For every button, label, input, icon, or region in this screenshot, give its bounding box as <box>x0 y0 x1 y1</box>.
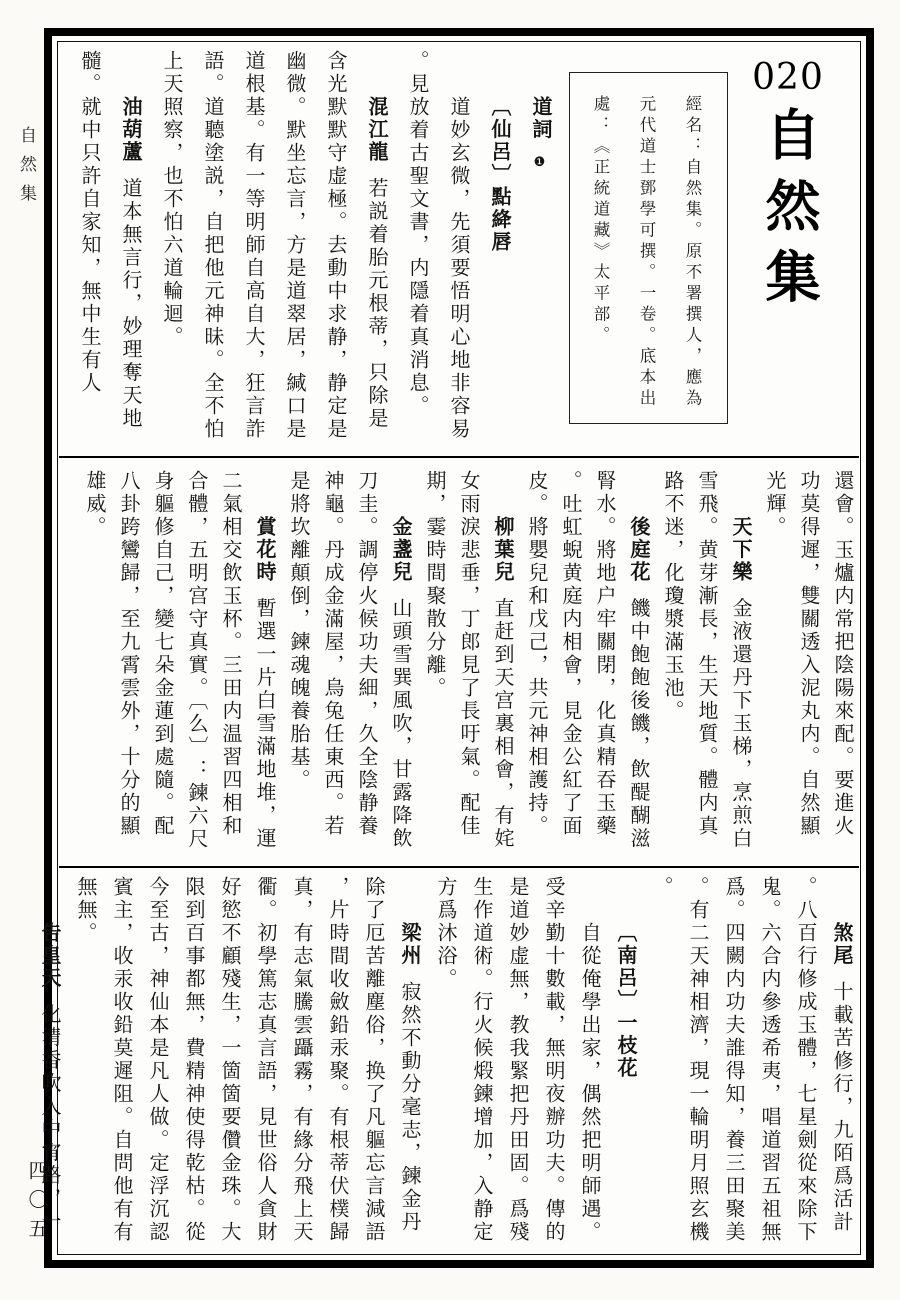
verse-paragraph: 還會。玉爐内常把陰陽來配。要進火功莫得遲，雙關透入泥丸内。自然顯光輝。 <box>757 470 859 860</box>
verse-paragraph: 柳葉兒直赶到天宫裏相會，有姹女雨淚悲垂，丁郎見了長吁氣。配佳期，霎時間聚散分離。 <box>417 470 519 860</box>
colophon-box: 經名：自然集。原不署撰人，應為元代道士鄧學可撰。一卷。底本出處：《正統道藏》太平… <box>569 72 728 424</box>
work-number: 020 <box>729 60 847 96</box>
verse-paragraph: 煞尾十載苦修行，九陌爲活計。八百行修成玉體，七星劍從來除下鬼。六合内參透希夷，唱… <box>643 876 859 1248</box>
tune-title: 後庭花 <box>627 516 649 584</box>
text-flow-middle: 還會。玉爐内常把陰陽來配。要進火功莫得遲，雙關透入泥丸内。自然顯光輝。天下樂金液… <box>67 470 859 860</box>
tune-title: 梁州 <box>398 922 420 967</box>
tune-title: 〔南呂〕一枝花 <box>614 922 636 1080</box>
text-flow-bottom: 煞尾十載苦修行，九陌爲活計。八百行修成玉體，七星劍從來除下鬼。六合内參透希夷，唱… <box>67 876 859 1248</box>
verse-paragraph: 油葫蘆道本無言行，妙理奪天地髓。就中只許自家知，無中生有人 <box>68 50 150 446</box>
tune-title: 煞尾 <box>830 922 852 967</box>
tune-title: 〔仙呂〕點絳唇 <box>488 96 510 254</box>
inner-border: 020 自然集 經名：自然集。原不署撰人，應為元代道士鄧學可撰。一卷。底本出處：… <box>57 41 861 1255</box>
tune-title: 告皇天 <box>38 922 60 990</box>
verse-paragraph: 混江龍若説着胎元根蒂，只除是含光默默守虚極。去動中求静，静定是幽微。默坐忘言，方… <box>150 50 396 446</box>
verse-paragraph: 告皇天化清香吹入中宵路，一 <box>31 876 67 1248</box>
tune-title: 道詞 <box>529 96 551 141</box>
footnote-marker: ❶ <box>533 155 548 170</box>
verse-paragraph: 金盞兒山頭雪巽風吹，甘露降飲刀圭。調停火候功夫細，久全陰静養神龜。丹成金滿屋，烏… <box>281 470 417 860</box>
verse-paragraph: 賞花時暫選一片白雪滿地堆，運二氣相交飲玉杯。三田内温習四相和合體，五明宫守真實。… <box>77 470 281 860</box>
verse-paragraph: 梁州寂然不動分毫志，鍊金丹除了厄苦離塵俗，换了凡軀忘言減語，片時間收斂鉛汞聚。有… <box>67 876 427 1248</box>
tune-title: 油葫蘆 <box>119 96 141 164</box>
text-flow-top: 道詞❶〔仙呂〕點絳唇道妙玄微，先須要悟明心地非容易。見放着古聖文書，内隱着真消息… <box>67 50 561 446</box>
tune-title: 柳葉兒 <box>491 516 513 584</box>
tune-heading: 〔南呂〕一枝花 <box>607 876 643 1248</box>
verse-paragraph: 道妙玄微，先須要悟明心地非容易。見放着古聖文書，内隱着真消息。 <box>396 50 478 446</box>
register-top: 020 自然集 經名：自然集。原不署撰人，應為元代道士鄧學可撰。一卷。底本出處：… <box>59 42 859 456</box>
verse-paragraph: 後庭花饑中飽飽後饑，飲醍醐滋腎水。將地户牢關閉，化真精吞玉藥。吐虹蜺黄庭内相會，… <box>519 470 655 860</box>
page-frame: 020 自然集 經名：自然集。原不署撰人，應為元代道士鄧學可撰。一卷。底本出處：… <box>44 28 874 1268</box>
register-middle: 還會。玉爐内常把陰陽來配。要進火功莫得遲，雙關透入泥丸内。自然顯光輝。天下樂金液… <box>59 456 859 866</box>
verse-paragraph: 天下樂金液還丹下玉梯，烹煎白雪飛。黄芽漸長，生天地質。體内真路不迷，化瓊漿滿玉池… <box>655 470 757 860</box>
margin-book-title: 自然集 <box>14 126 39 213</box>
tune-title: 金盞兒 <box>389 516 411 584</box>
register-bottom: 煞尾十載苦修行，九陌爲活計。八百行修成玉體，七星劍從來除下鬼。六合内參透希夷，唱… <box>59 866 859 1254</box>
tune-heading: 道詞❶ <box>519 50 561 446</box>
title-block: 020 自然集 <box>729 60 847 319</box>
colophon-text: 經名：自然集。原不署撰人，應為元代道士鄧學可撰。一卷。底本出處：《正統道藏》太平… <box>577 95 715 413</box>
tune-title: 天下樂 <box>729 516 751 584</box>
tune-title: 混江龍 <box>365 96 387 164</box>
work-title: 自然集 <box>761 106 816 319</box>
tune-title: 賞花時 <box>253 516 275 584</box>
tune-heading: 〔仙呂〕點絳唇 <box>478 50 519 446</box>
verse-paragraph: 自從俺學出家，偶然把明師遇。受辛勤十數載，無明夜辦功夫。傳的是道妙虚無，教我緊把… <box>427 876 607 1248</box>
